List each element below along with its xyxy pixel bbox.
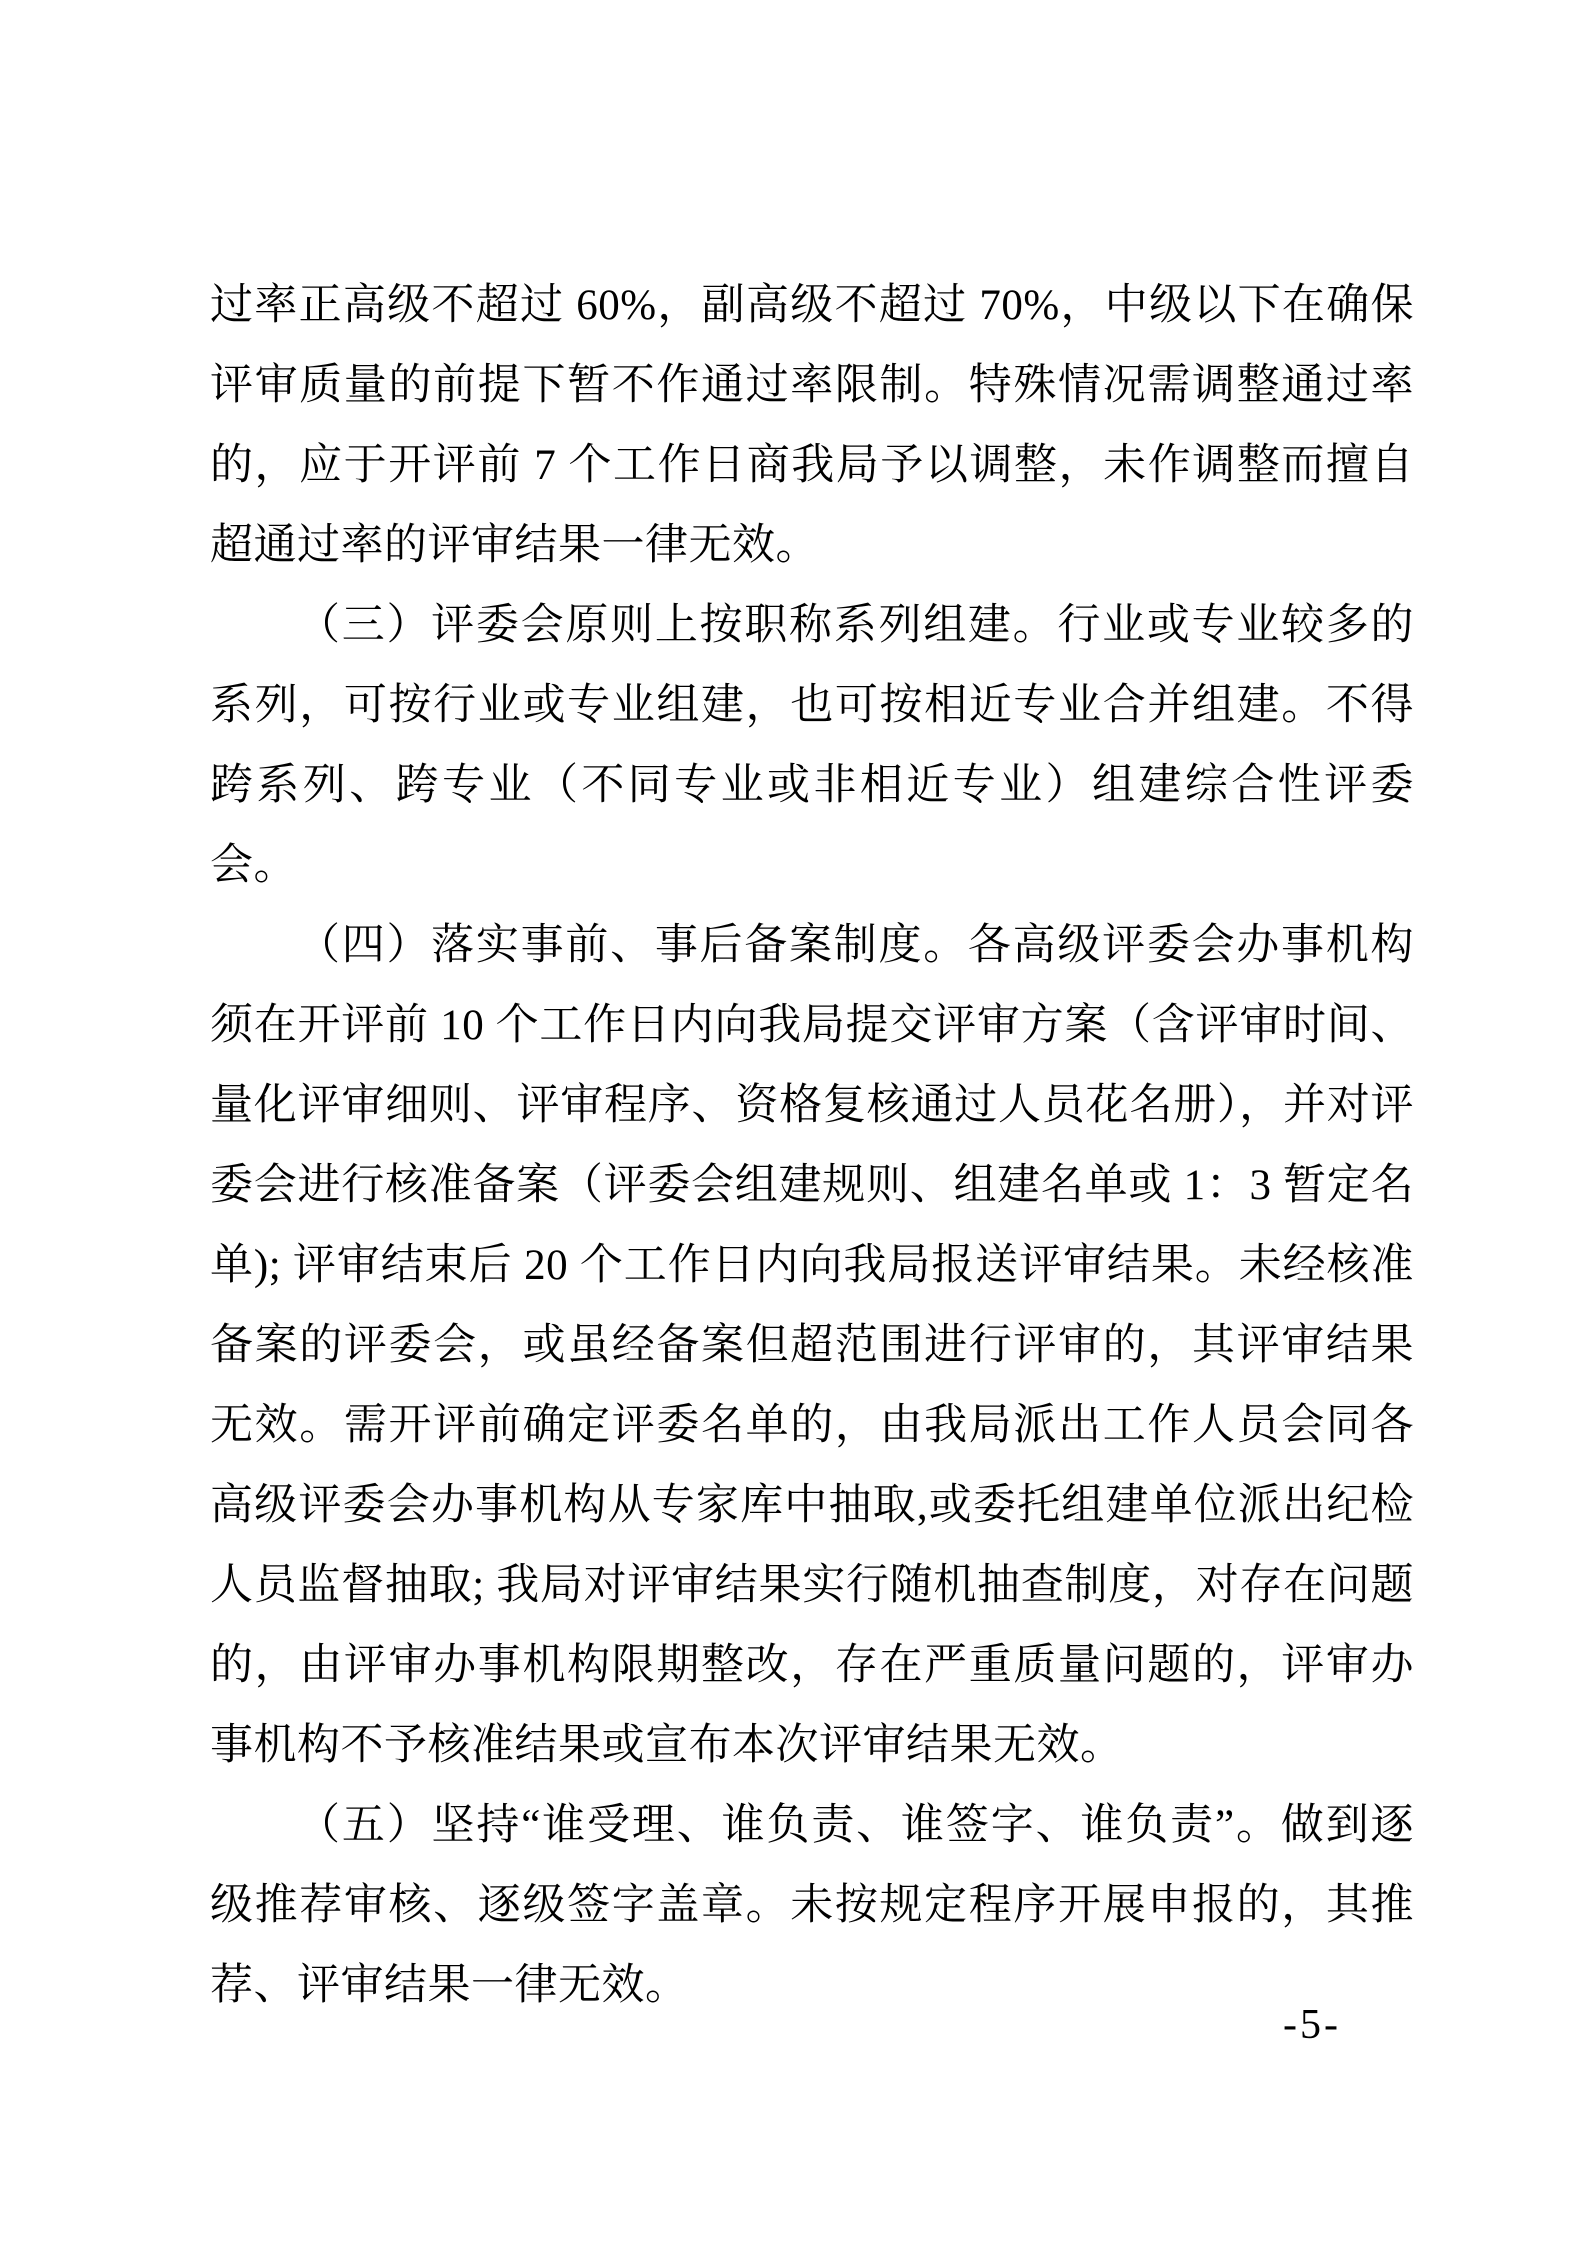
document-page: 过率正高级不超过 60%，副高级不超过 70%，中级以下在确保评审质量的前提下暂… — [0, 0, 1587, 2245]
paragraph-continuation: 过率正高级不超过 60%，副高级不超过 70%，中级以下在确保评审质量的前提下暂… — [210, 266, 1414, 586]
paragraph-item-4: （四）落实事前、事后备案制度。各高级评委会办事机构须在开评前 10 个工作日内向… — [210, 906, 1414, 1786]
paragraph-item-5: （五）坚持“谁受理、谁负责、谁签字、谁负责”。做到逐级推荐审核、逐级签字盖章。未… — [210, 1786, 1414, 2026]
document-body: 过率正高级不超过 60%，副高级不超过 70%，中级以下在确保评审质量的前提下暂… — [210, 266, 1414, 2026]
paragraph-item-3: （三）评委会原则上按职称系列组建。行业或专业较多的系列，可按行业或专业组建，也可… — [210, 586, 1414, 906]
page-number: -5- — [1283, 2002, 1341, 2048]
